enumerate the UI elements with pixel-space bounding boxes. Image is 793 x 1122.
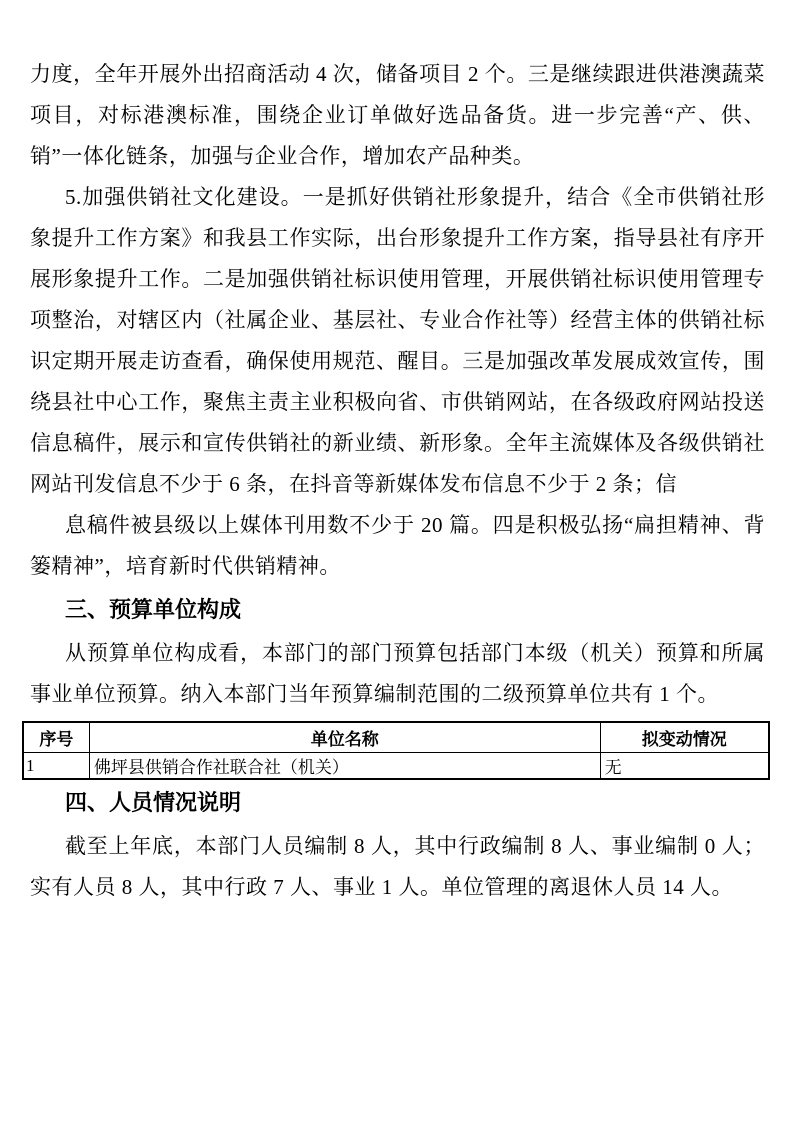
paragraph-budget-unit-composition: 从预算单位构成看，本部门的部门预算包括部门本级（机关）预算和所属事业单位预算。纳… xyxy=(30,633,765,715)
table-header-row: 序号 单位名称 拟变动情况 xyxy=(23,722,769,753)
section-heading-personnel-situation: 四、人员情况说明 xyxy=(30,783,765,823)
table-cell-unit-name: 佛坪县供销合作社联合社（机关） xyxy=(89,753,600,780)
paragraph-continuation-measures: 力度，全年开展外出招商活动 4 次，储备项目 2 个。三是继续跟进供港澳蔬菜项目… xyxy=(30,54,765,177)
table-row: 1 佛坪县供销合作社联合社（机关） 无 xyxy=(23,753,769,780)
table-cell-serial-number: 1 xyxy=(23,753,89,780)
table-header-proposed-change: 拟变动情况 xyxy=(600,722,769,753)
table-header-serial-number: 序号 xyxy=(23,722,89,753)
table-header-unit-name: 单位名称 xyxy=(89,722,600,753)
budget-units-table: 序号 单位名称 拟变动情况 1 佛坪县供销合作社联合社（机关） 无 xyxy=(22,721,770,780)
paragraph-culture-building: 5.加强供销社文化建设。一是抓好供销社形象提升，结合《全市供销社形象提升工作方案… xyxy=(30,177,765,505)
section-heading-budget-unit-composition: 三、预算单位构成 xyxy=(30,590,765,630)
paragraph-personnel-situation: 截至上年底，本部门人员编制 8 人，其中行政编制 8 人、事业编制 0 人；实有… xyxy=(30,826,765,908)
paragraph-media-publications: 息稿件被县级以上媒体刊用数不少于 20 篇。四是积极弘扬“扁担精神、背篓精神”，… xyxy=(30,505,765,587)
table-cell-proposed-change: 无 xyxy=(600,753,769,780)
document-page: 力度，全年开展外出招商活动 4 次，储备项目 2 个。三是继续跟进供港澳蔬菜项目… xyxy=(0,0,793,1122)
